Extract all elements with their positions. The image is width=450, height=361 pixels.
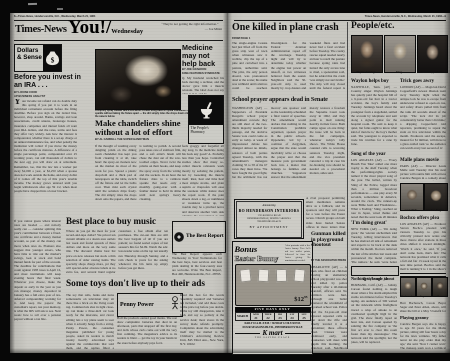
penny-power-mascot-icon bbox=[170, 296, 180, 315]
bergen-photo-caption: Candice Bergen bbox=[424, 210, 446, 213]
right-folio: Times-News, Hendersonville, N.C., Wednes… bbox=[306, 15, 446, 19]
ira-headline: Before you invest in an IRA . . . bbox=[14, 74, 88, 89]
granny-body: Candice Bergen says she is happy to age … bbox=[400, 322, 446, 350]
granny-headline: Playing granny bbox=[400, 316, 446, 321]
svg-text:$: $ bbox=[50, 57, 54, 65]
gunman-byline: By The Associated Press bbox=[311, 259, 347, 262]
ira-body-continued: If you cannot guess where interest rates… bbox=[14, 219, 61, 349]
kmart-ad: Bonus Easter Bunny Color portraits with … bbox=[232, 241, 313, 355]
kmart-month: MARCH bbox=[236, 313, 251, 320]
interiors-appt: BY APPOINTMENT bbox=[237, 225, 301, 229]
masthead: Times-News bbox=[15, 24, 67, 35]
kmart-price-dollars: $12 bbox=[294, 296, 304, 303]
kmart-price-cents: 95 bbox=[304, 295, 308, 299]
crash-headline: One killed in plane crash bbox=[232, 23, 354, 34]
bacharach-caption: Bacharach bbox=[400, 296, 414, 299]
medicine-byline: By JOE GRAEDON King Features Syndicate bbox=[182, 68, 224, 75]
gunman-headline: Gunman killed in playground shootout bbox=[311, 232, 347, 249]
chandelier-byline-name: By AL CARRELL bbox=[95, 138, 116, 141]
bochco-headline: Bochco offers plea bbox=[400, 216, 446, 221]
bochco-body: LOS ANGELES (AP) — Producer Steven Bochc… bbox=[400, 222, 446, 271]
kmart-date: 22 bbox=[263, 316, 274, 320]
kmart-date: 25 bbox=[299, 316, 310, 320]
kmart-date: 21 bbox=[251, 316, 262, 320]
pull-quote-text: “They're not getting the right informati… bbox=[158, 22, 222, 26]
masthead-rule bbox=[14, 40, 223, 41]
ira-byline-name: By LOUISE COOK bbox=[14, 91, 37, 94]
right-edge-shadow bbox=[444, 13, 450, 353]
kmart-title-bunny: Easter Bunny bbox=[235, 254, 285, 263]
interiors-name: BO HENDERSON INTERIORS bbox=[237, 209, 301, 213]
chandelier-byline: By AL CARRELL The Super Handyman bbox=[95, 138, 175, 142]
record-disc-icon bbox=[174, 232, 184, 242]
medicine-byline-title: King Features Syndicate bbox=[182, 72, 220, 75]
music-body: Where do you get the most for your recor… bbox=[66, 229, 168, 277]
interiors-ad: Announcing BO HENDERSON INTERIORS 1735 K… bbox=[234, 199, 304, 239]
kmart-days-bar: FIVE DAYS ONLY bbox=[235, 307, 311, 312]
interiors-announce: Announcing bbox=[237, 204, 301, 207]
crash-body: The single-engine Cessna had just lifted… bbox=[232, 41, 345, 94]
portrait-photo bbox=[239, 268, 251, 282]
copperfield-photo-caption: David Copperfield bbox=[417, 72, 446, 75]
trick-body: LONDON (AP) — Magician David Copperfield… bbox=[400, 85, 446, 155]
ira-body: Your income tax refund can do double dut… bbox=[14, 99, 77, 216]
laugh-headline: Nothing to laugh about bbox=[351, 277, 397, 281]
best-report-label: The Best Report bbox=[186, 234, 224, 240]
dollars-sense-logo: Dollars & Sense $ bbox=[14, 44, 62, 72]
waylon-body: NASHVILLE, Tenn. (AP) — Country singer W… bbox=[351, 85, 397, 149]
scan-artifact bbox=[57, 8, 63, 10]
pull-quote-attribution: — Joe Mintz bbox=[158, 27, 222, 31]
toys-headline: Some toys don't live up to their ads bbox=[66, 280, 226, 290]
gunman-body: CHARLOTTE (AP) — A man who fired on chil… bbox=[311, 265, 347, 349]
bacharach-photo bbox=[400, 277, 416, 297]
people-header: People/etc. bbox=[351, 22, 446, 32]
trick-headline: Trick goes awry bbox=[400, 79, 446, 84]
doing-great-body: NEW YORK (AP) — 'I'm doing great,' the v… bbox=[351, 227, 397, 263]
portrait-photo bbox=[258, 268, 270, 282]
penny-power-box: Penny Power bbox=[117, 293, 183, 317]
best-report-box: The Best Report bbox=[172, 221, 226, 253]
penny-power-label: Penny Power bbox=[120, 302, 154, 308]
sager-photo bbox=[416, 277, 432, 297]
malle-photo-caption: Louis Malle bbox=[400, 210, 422, 213]
toys-body-col3: Read the box for the words 'assembly req… bbox=[180, 293, 224, 350]
sting-photo-caption: Sting bbox=[384, 72, 414, 75]
malle-body: PARIS (AP) — Director Louis Malle said T… bbox=[400, 164, 446, 181]
medicine-byline-name: By JOE GRAEDON bbox=[182, 68, 206, 71]
waylon-photo-caption: Waylon Jennings bbox=[351, 72, 381, 75]
newspaper-spread: 8—Times-News, Hendersonville, N.C., Wedn… bbox=[10, 13, 450, 353]
malle-photo bbox=[400, 183, 424, 211]
medicine-body-bottom: feels groggy and forgetful all day long.… bbox=[182, 144, 224, 216]
section-title: You!/ bbox=[68, 17, 111, 38]
toys-body-col1: The toy that rolls, barks and turns some… bbox=[66, 293, 114, 350]
interiors-phone: TELEPHONE 692-4178 bbox=[237, 220, 301, 223]
ira-byline: By LOUISE COOK AP Business Analyst bbox=[14, 91, 74, 98]
waylon-headline: Waylon helps boy bbox=[351, 79, 397, 84]
medicine-body-top: Q. My husband wrenched his back moving a… bbox=[182, 76, 224, 94]
chandelier-body: If the thought of washing every dangling… bbox=[95, 144, 181, 214]
best-report-body: The Best Report appears each Wednesday i… bbox=[172, 252, 222, 278]
waylon-photo bbox=[351, 35, 383, 73]
medicine-headline: Medicine may not help back bbox=[182, 44, 224, 67]
dollars-sense-label: Dollars & Sense bbox=[15, 45, 43, 71]
prayer-headline: School prayer appears dead in Senate bbox=[232, 97, 348, 104]
kmart-title-bonus: Bonus bbox=[235, 244, 285, 254]
bottom-edge-shadow bbox=[10, 348, 450, 353]
song-body: LOS ANGELES (AP) — 'Every Breath You Tak… bbox=[351, 158, 397, 218]
money-bag-icon: $ bbox=[43, 45, 61, 71]
section-day: Wednesday bbox=[111, 28, 143, 35]
peoples-pharmacy-box: The People's Pharmacy bbox=[188, 95, 224, 144]
kmart-date-table: MARCH WED 21 THUR 22 FRI 23 SAT 24 SUN 2… bbox=[235, 312, 311, 321]
trio-body: Burt Bacharach, Carole Bayer Sager and P… bbox=[400, 301, 446, 314]
tips-box: ‘Tips’ for more fun bbox=[351, 266, 399, 276]
ira-byline-title: AP Business Analyst bbox=[14, 95, 45, 98]
kmart-photo-panel: $1295 bbox=[235, 264, 311, 306]
portrait-photo bbox=[276, 268, 287, 281]
kmart-slogan: THE SAVING PLACE bbox=[235, 337, 311, 339]
kmart-date: 23 bbox=[275, 316, 286, 320]
pull-quote: “They're not getting the right informati… bbox=[158, 22, 222, 32]
prayer-body-continued: A rival proposal permitting silent medit… bbox=[306, 196, 345, 230]
toys-body-col2: Half the products earned good marks. The… bbox=[117, 316, 177, 350]
kmart-price: $1295 bbox=[294, 295, 307, 303]
chandelier-caption: A drip-dry spray cleaner and a soft arti… bbox=[95, 110, 193, 117]
kmart-date: 24 bbox=[287, 316, 298, 320]
malle-headline: Malle plans movie bbox=[400, 158, 446, 163]
music-headline: Best place to buy music bbox=[66, 217, 178, 226]
chandelier-photo bbox=[95, 49, 181, 110]
sager-caption: Sager bbox=[416, 296, 430, 299]
left-edge-shadow bbox=[10, 13, 15, 353]
doing-great-headline: 'I'm doing great' bbox=[351, 221, 397, 226]
song-headline: Song of the year bbox=[351, 152, 397, 157]
section-banner: You!/Wednesday bbox=[68, 17, 143, 39]
scan-artifact bbox=[28, 3, 37, 5]
prayer-body: WASHINGTON (AP) — Supporters of Presiden… bbox=[232, 106, 345, 194]
page-gutter bbox=[223, 13, 232, 353]
sting-photo bbox=[384, 35, 416, 73]
chandelier-headline: Make chandeliers shine without a lot of … bbox=[95, 119, 201, 137]
dollars-label-line2: & Sense bbox=[17, 55, 43, 62]
kmart-blurb: Color portraits with a live Easter bunny… bbox=[285, 244, 311, 261]
peoples-pharmacy-label: The People's Pharmacy bbox=[189, 125, 223, 135]
mortar-pestle-icon bbox=[189, 96, 223, 125]
chandelier-byline-title: The Super Handyman bbox=[117, 138, 149, 141]
crash-continued-label: From Page 1 bbox=[232, 37, 272, 41]
laugh-body: BURBANK, Calif. (AP) — Johnny Carson fou… bbox=[351, 283, 397, 347]
portrait-photo bbox=[293, 268, 305, 282]
